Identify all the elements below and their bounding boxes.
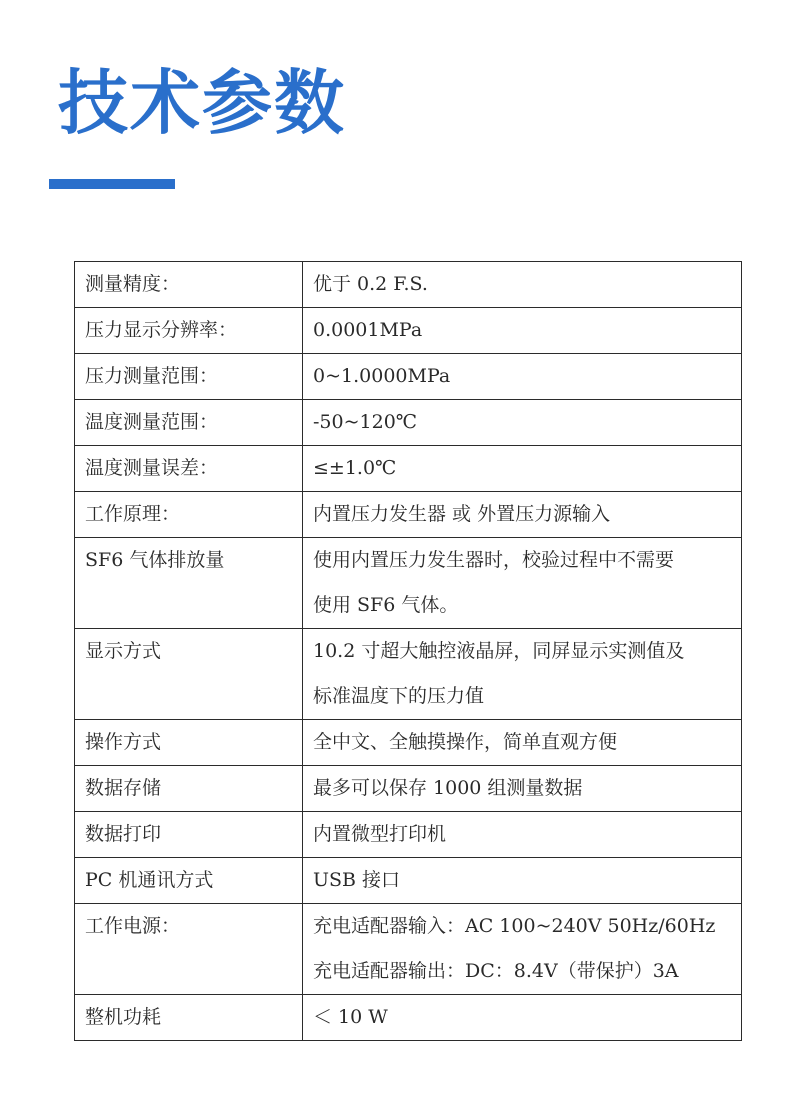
spec-label: 整机功耗 xyxy=(85,995,292,1040)
spec-label: PC 机通讯方式 xyxy=(85,858,292,903)
spec-row: 压力测量范围：0~1.0000MPa xyxy=(75,354,742,400)
spec-value-cell: ＜ 10 W xyxy=(303,995,742,1041)
spec-table-body: 测量精度：优于 0.2 F.S.压力显示分辨率：0.0001MPa压力测量范围：… xyxy=(75,262,742,1041)
spec-value-line: 10.2 寸超大触控液晶屏，同屏显示实测值及 xyxy=(313,629,731,674)
spec-value-line: 使用 SF6 气体。 xyxy=(313,583,731,628)
spec-value-line: 充电适配器输入：AC 100~240V 50Hz/60Hz xyxy=(313,904,731,949)
spec-value-line: 0~1.0000MPa xyxy=(313,354,731,399)
spec-row: 温度测量范围：-50~120℃ xyxy=(75,400,742,446)
spec-label: SF6 气体排放量 xyxy=(85,538,292,583)
spec-row: 压力显示分辨率：0.0001MPa xyxy=(75,308,742,354)
spec-label-cell: 压力测量范围： xyxy=(75,354,303,400)
spec-row: 温度测量误差：≤±1.0℃ xyxy=(75,446,742,492)
spec-label: 操作方式 xyxy=(85,720,292,765)
spec-value-cell: USB 接口 xyxy=(303,858,742,904)
spec-value-line: 充电适配器输出：DC：8.4V（带保护）3A xyxy=(313,949,731,994)
spec-value-line: ＜ 10 W xyxy=(313,995,731,1040)
spec-label-cell: SF6 气体排放量 xyxy=(75,538,303,629)
spec-label-cell: 显示方式 xyxy=(75,629,303,720)
spec-label: 显示方式 xyxy=(85,629,292,674)
spec-value-cell: 0~1.0000MPa xyxy=(303,354,742,400)
title-underline xyxy=(49,179,175,189)
page-title: 技术参数 xyxy=(58,58,346,148)
spec-table: 测量精度：优于 0.2 F.S.压力显示分辨率：0.0001MPa压力测量范围：… xyxy=(74,261,742,1041)
spec-label: 温度测量误差： xyxy=(85,446,292,491)
spec-label-cell: 操作方式 xyxy=(75,720,303,766)
spec-value-cell: 最多可以保存 1000 组测量数据 xyxy=(303,766,742,812)
spec-label: 压力显示分辨率： xyxy=(85,308,292,353)
spec-row: 数据存储最多可以保存 1000 组测量数据 xyxy=(75,766,742,812)
spec-row: SF6 气体排放量使用内置压力发生器时，校验过程中不需要使用 SF6 气体。 xyxy=(75,538,742,629)
spec-value-line: ≤±1.0℃ xyxy=(313,446,731,491)
spec-value-cell: 内置微型打印机 xyxy=(303,812,742,858)
spec-value-line: USB 接口 xyxy=(313,858,731,903)
spec-row: 工作电源：充电适配器输入：AC 100~240V 50Hz/60Hz充电适配器输… xyxy=(75,904,742,995)
spec-value-cell: 内置压力发生器 或 外置压力源输入 xyxy=(303,492,742,538)
spec-row: 测量精度：优于 0.2 F.S. xyxy=(75,262,742,308)
spec-value-line: 内置微型打印机 xyxy=(313,812,731,857)
spec-row: 工作原理：内置压力发生器 或 外置压力源输入 xyxy=(75,492,742,538)
spec-label-cell: 压力显示分辨率： xyxy=(75,308,303,354)
spec-label-cell: 整机功耗 xyxy=(75,995,303,1041)
spec-label-cell: 数据打印 xyxy=(75,812,303,858)
spec-value-cell: 使用内置压力发生器时，校验过程中不需要使用 SF6 气体。 xyxy=(303,538,742,629)
spec-label-cell: 测量精度： xyxy=(75,262,303,308)
spec-value-line: 最多可以保存 1000 组测量数据 xyxy=(313,766,731,811)
spec-label: 工作电源： xyxy=(85,904,292,949)
spec-row: PC 机通讯方式USB 接口 xyxy=(75,858,742,904)
spec-row: 显示方式10.2 寸超大触控液晶屏，同屏显示实测值及标准温度下的压力值 xyxy=(75,629,742,720)
spec-value-cell: 0.0001MPa xyxy=(303,308,742,354)
spec-value-line: 内置压力发生器 或 外置压力源输入 xyxy=(313,492,731,537)
spec-label: 温度测量范围： xyxy=(85,400,292,445)
spec-label-cell: PC 机通讯方式 xyxy=(75,858,303,904)
spec-row: 操作方式全中文、全触摸操作，简单直观方便 xyxy=(75,720,742,766)
spec-value-cell: -50~120℃ xyxy=(303,400,742,446)
spec-value-line: 0.0001MPa xyxy=(313,308,731,353)
spec-value-line: -50~120℃ xyxy=(313,400,731,445)
spec-value-line: 优于 0.2 F.S. xyxy=(313,262,731,307)
spec-row: 整机功耗＜ 10 W xyxy=(75,995,742,1041)
spec-label-cell: 工作电源： xyxy=(75,904,303,995)
spec-label: 压力测量范围： xyxy=(85,354,292,399)
spec-label: 测量精度： xyxy=(85,262,292,307)
spec-value-cell: 全中文、全触摸操作，简单直观方便 xyxy=(303,720,742,766)
spec-value-cell: 10.2 寸超大触控液晶屏，同屏显示实测值及标准温度下的压力值 xyxy=(303,629,742,720)
spec-label: 数据存储 xyxy=(85,766,292,811)
spec-label-cell: 温度测量范围： xyxy=(75,400,303,446)
spec-value-cell: 充电适配器输入：AC 100~240V 50Hz/60Hz充电适配器输出：DC：… xyxy=(303,904,742,995)
spec-label: 数据打印 xyxy=(85,812,292,857)
spec-value-line: 标准温度下的压力值 xyxy=(313,674,731,719)
spec-label-cell: 数据存储 xyxy=(75,766,303,812)
spec-row: 数据打印内置微型打印机 xyxy=(75,812,742,858)
spec-value-line: 使用内置压力发生器时，校验过程中不需要 xyxy=(313,538,731,583)
spec-label: 工作原理： xyxy=(85,492,292,537)
spec-value-cell: ≤±1.0℃ xyxy=(303,446,742,492)
spec-value-cell: 优于 0.2 F.S. xyxy=(303,262,742,308)
spec-label-cell: 工作原理： xyxy=(75,492,303,538)
spec-label-cell: 温度测量误差： xyxy=(75,446,303,492)
spec-value-line: 全中文、全触摸操作，简单直观方便 xyxy=(313,720,731,765)
